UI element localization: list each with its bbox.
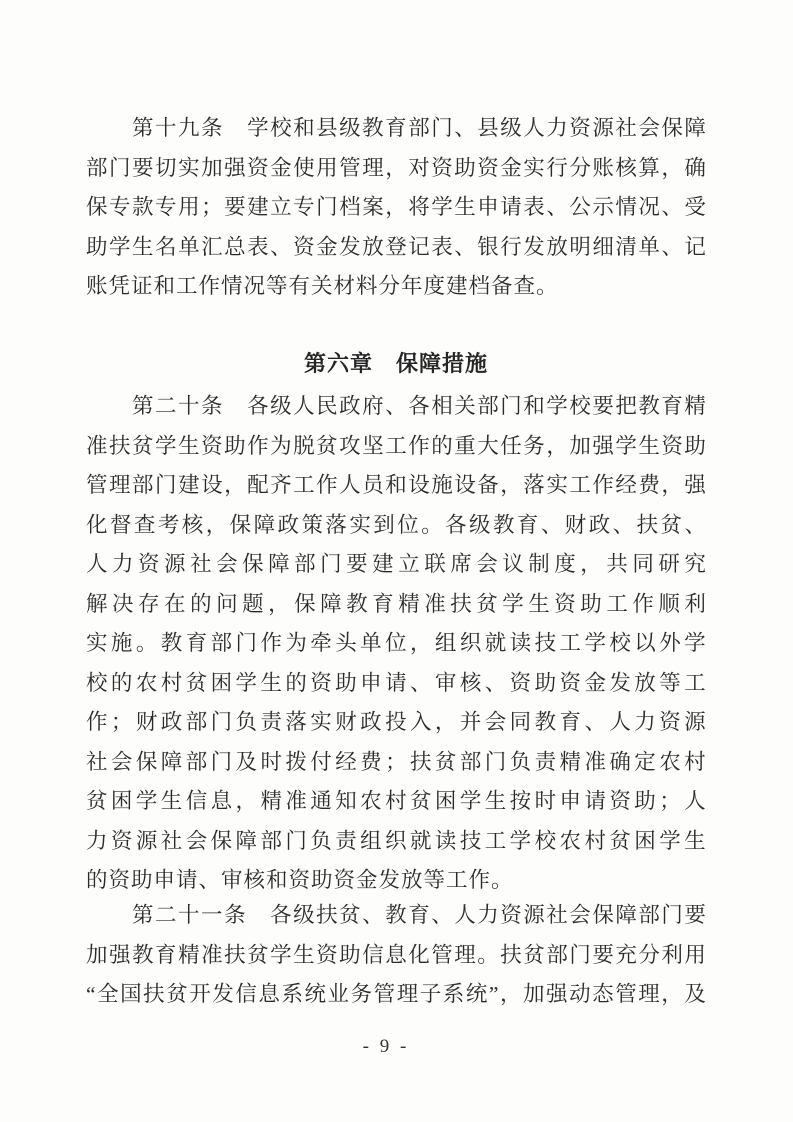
- text-line: 社会保障部门及时拨付经费；扶贫部门负责精准确定农村: [86, 743, 706, 783]
- chapter-heading: 第六章 保障措施: [86, 344, 706, 383]
- text-line: “全国扶贫开发信息系统业务管理子系统”，加强动态管理，及: [86, 975, 706, 1015]
- text-line: 化督查考核，保障政策落实到位。各级教育、财政、扶贫、: [86, 506, 706, 546]
- text-line: 助学生名单汇总表、资金发放登记表、银行发放明细清单、记: [86, 228, 706, 268]
- text-line: 校的农村贫困学生的资助申请、审核、资助资金发放等工: [86, 664, 706, 704]
- text-line: 部门要切实加强资金使用管理，对资助资金实行分账核算，确: [86, 149, 706, 189]
- text-line: 的资助申请、审核和资助资金发放等工作。: [86, 861, 706, 901]
- text-line: 贫困学生信息，精准通知农村贫困学生按时申请资助；人: [86, 782, 706, 822]
- page-number: - 9 -: [86, 1036, 686, 1058]
- text-line: 第二十条 各级人民政府、各相关部门和学校要把教育精: [86, 387, 706, 427]
- document-page: 第十九条 学校和县级教育部门、县级人力资源社会保障部门要切实加强资金使用管理，对…: [0, 0, 793, 1122]
- text-line: 加强教育精准扶贫学生资助信息化管理。扶贫部门要充分利用: [86, 936, 706, 976]
- text-line: 解决存在的问题，保障教育精准扶贫学生资助工作顺利: [86, 585, 706, 625]
- text-line: 账凭证和工作情况等有关材料分年度建档备查。: [86, 267, 706, 307]
- text-line: 实施。教育部门作为牵头单位，组织就读技工学校以外学: [86, 624, 706, 664]
- text-line: 作；财政部门负责落实财政投入，并会同教育、人力资源: [86, 703, 706, 743]
- article-21-paragraph: 第二十一条 各级扶贫、教育、人力资源社会保障部门要加强教育精准扶贫学生资助信息化…: [86, 896, 706, 1015]
- text-line: 第二十一条 各级扶贫、教育、人力资源社会保障部门要: [86, 896, 706, 936]
- text-line: 管理部门建设，配齐工作人员和设施设备，落实工作经费，强: [86, 466, 706, 506]
- text-line: 力资源社会保障部门负责组织就读技工学校农村贫困学生: [86, 822, 706, 862]
- text-line: 保专款专用；要建立专门档案，将学生申请表、公示情况、受: [86, 188, 706, 228]
- text-line: 人力资源社会保障部门要建立联席会议制度，共同研究: [86, 545, 706, 585]
- text-line: 第十九条 学校和县级教育部门、县级人力资源社会保障: [86, 109, 706, 149]
- article-20-paragraph: 第二十条 各级人民政府、各相关部门和学校要把教育精准扶贫学生资助作为脱贫攻坚工作…: [86, 387, 706, 901]
- text-line: 准扶贫学生资助作为脱贫攻坚工作的重大任务，加强学生资助: [86, 427, 706, 467]
- article-19-paragraph: 第十九条 学校和县级教育部门、县级人力资源社会保障部门要切实加强资金使用管理，对…: [86, 109, 706, 307]
